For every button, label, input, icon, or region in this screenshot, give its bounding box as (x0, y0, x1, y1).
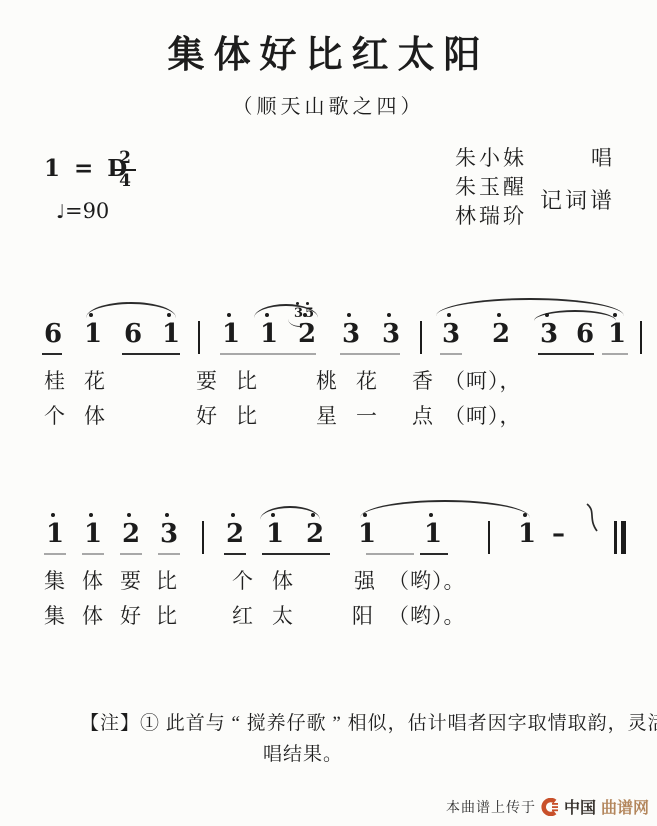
lyric-syllable: 要 (120, 565, 142, 595)
lyric-syllable: 个 (44, 400, 66, 430)
octave-dot (89, 313, 93, 317)
beam-underline (224, 553, 246, 555)
lyric-syllable: （哟）。 (388, 600, 466, 630)
octave-dot (51, 513, 55, 517)
lyric-syllable: 体 (82, 565, 104, 595)
note-digit: 3 (160, 520, 178, 548)
octave-dot (347, 313, 351, 317)
lyric-syllable: 比 (236, 400, 258, 430)
note-digit: 2 (122, 520, 140, 548)
music-system-2: 1123212111–集体要比个体强（哟）。集体好比红太阳（哟）。 (0, 498, 657, 638)
lyric-syllable: 比 (236, 365, 258, 395)
beam-underline (120, 553, 142, 555)
song-title: 集体好比红太阳 (0, 24, 657, 78)
lyric-syllable: 体 (82, 600, 104, 630)
footnote-line-1: 【注】① 此首与 “ 搅养仔歌 ” 相似，估计唱者因字取情取韵，灵活编 (80, 708, 657, 735)
lyric-syllable: 一 (356, 400, 378, 430)
barline (198, 321, 200, 354)
octave-dot (311, 513, 315, 517)
octave-dot (265, 313, 269, 317)
lyric-syllable: 花 (356, 365, 378, 395)
octave-dot (127, 513, 131, 517)
octave-dot (167, 313, 171, 317)
credit-singer-role: 唱 (591, 142, 615, 172)
note-digit: 3 (382, 320, 400, 348)
beam-underline (158, 553, 180, 555)
octave-dot (363, 513, 367, 517)
credit-transcriber-role: 记词谱 (540, 184, 615, 215)
octave-dot (545, 313, 549, 317)
octave-dot (613, 313, 617, 317)
lyric-syllable: 集 (44, 565, 66, 595)
note-digit: 3 (540, 320, 558, 348)
slur-arc (360, 500, 530, 518)
barline (640, 321, 642, 354)
note-digit: 3 (442, 320, 460, 348)
note-digit: 6 (576, 320, 594, 348)
beam-underline (538, 353, 594, 355)
lyric-syllable: 比 (156, 600, 178, 630)
note-digit: 1 (46, 520, 64, 548)
beam-underline (220, 353, 316, 355)
lyric-syllable: 桃 (316, 365, 338, 395)
lyric-syllable: 阳 (352, 600, 374, 630)
final-barline-thin (614, 521, 617, 554)
credit-transcriber-name-2: 林瑞玠 (455, 200, 527, 230)
music-system-1: 6161112333236135桂花要比桃花香（呵），个体好比星一点（呵）， (0, 298, 657, 438)
barline (202, 521, 204, 554)
lyric-syllable: 个 (232, 565, 254, 595)
credit-transcriber-name-1: 朱玉醒 (455, 171, 527, 201)
beam-underline (340, 353, 400, 355)
beam-underline (42, 353, 62, 355)
note-digit: 1 (84, 320, 102, 348)
lyric-syllable: 香 (412, 365, 434, 395)
beam-underline (122, 353, 180, 355)
lyric-syllable: 好 (120, 600, 142, 630)
lyric-syllable: 比 (156, 565, 178, 595)
credit-singer-name: 朱小妹 (455, 142, 527, 172)
lyric-syllable: 红 (232, 600, 254, 630)
watermark-brand-dark: 中国 (564, 795, 596, 818)
octave-dot (165, 513, 169, 517)
time-signature-beats: 2 (114, 149, 136, 171)
note-digit: 1 (518, 520, 536, 548)
lyric-syllable: 星 (316, 400, 338, 430)
breath-squiggle-icon (584, 502, 600, 539)
watermark-brand-light: 曲谱网 (601, 795, 649, 818)
octave-dot (429, 513, 433, 517)
lyric-syllable: 要 (196, 365, 218, 395)
note-digit: 1 (260, 320, 278, 348)
note-digit: 2 (492, 320, 510, 348)
beam-underline (602, 353, 628, 355)
slur-arc (86, 302, 176, 318)
octave-dot (231, 513, 235, 517)
time-signature: 2 4 (114, 149, 136, 190)
note-digit: 6 (44, 320, 62, 348)
grace-octave-dot (296, 302, 299, 305)
note-digit: 2 (306, 520, 324, 548)
octave-dot (89, 513, 93, 517)
lyric-syllable: （哟）。 (388, 565, 466, 595)
tempo-marking: ♩=90 (56, 199, 109, 223)
note-digit: 1 (266, 520, 284, 548)
lyric-syllable: 集 (44, 600, 66, 630)
sheet-music-page: 集体好比红太阳 （顺天山歌之四） 1 = D 2 4 ♩=90 朱小妹 唱 朱玉… (0, 0, 657, 826)
grace-slur (288, 319, 300, 327)
lyric-syllable: 点 (412, 400, 434, 430)
note-digit: 1 (222, 320, 240, 348)
watermark-prefix: 本曲谱上传于 (446, 797, 536, 817)
barline (420, 321, 422, 354)
final-barline-thick (621, 521, 626, 554)
brand-logo-icon (541, 798, 559, 816)
barline (488, 521, 490, 554)
beam-underline (440, 353, 462, 355)
octave-dot (227, 313, 231, 317)
note-digit: 1 (424, 520, 442, 548)
note-digit: 2 (226, 520, 244, 548)
tempo-value: =90 (65, 199, 109, 223)
note-digit: 1 (358, 520, 376, 548)
note-digit: 3 (342, 320, 360, 348)
octave-dot (523, 513, 527, 517)
beam-underline (366, 553, 414, 555)
lyric-syllable: 强 (354, 565, 376, 595)
beam-underline (82, 553, 104, 555)
lyric-syllable: 花 (84, 365, 106, 395)
beam-underline (262, 553, 330, 555)
octave-dot (447, 313, 451, 317)
grace-octave-dot (306, 302, 309, 305)
note-digit: 2 (298, 320, 316, 348)
octave-dot (497, 313, 501, 317)
quarter-note-icon: ♩ (56, 201, 65, 223)
lyric-syllable: （呵）， (444, 365, 522, 395)
note-digit: 6 (124, 320, 142, 348)
footnote-line-2: 唱结果。 (263, 739, 343, 766)
site-watermark: 本曲谱上传于 中国曲谱网 (446, 795, 649, 818)
lyric-syllable: 体 (272, 565, 294, 595)
song-subtitle: （顺天山歌之四） (0, 90, 657, 119)
beam-underline (420, 553, 448, 555)
beam-underline (44, 553, 66, 555)
note-digit: 1 (84, 520, 102, 548)
lyric-syllable: （呵）， (444, 400, 522, 430)
lyric-syllable: 好 (196, 400, 218, 430)
lyric-syllable: 太 (272, 600, 294, 630)
note-digit: 1 (608, 320, 626, 348)
octave-dot (271, 513, 275, 517)
note-digit: – (552, 520, 565, 548)
octave-dot (387, 313, 391, 317)
lyric-syllable: 桂 (44, 365, 66, 395)
time-signature-unit: 4 (114, 171, 136, 191)
note-digit: 1 (162, 320, 180, 348)
lyric-syllable: 体 (84, 400, 106, 430)
